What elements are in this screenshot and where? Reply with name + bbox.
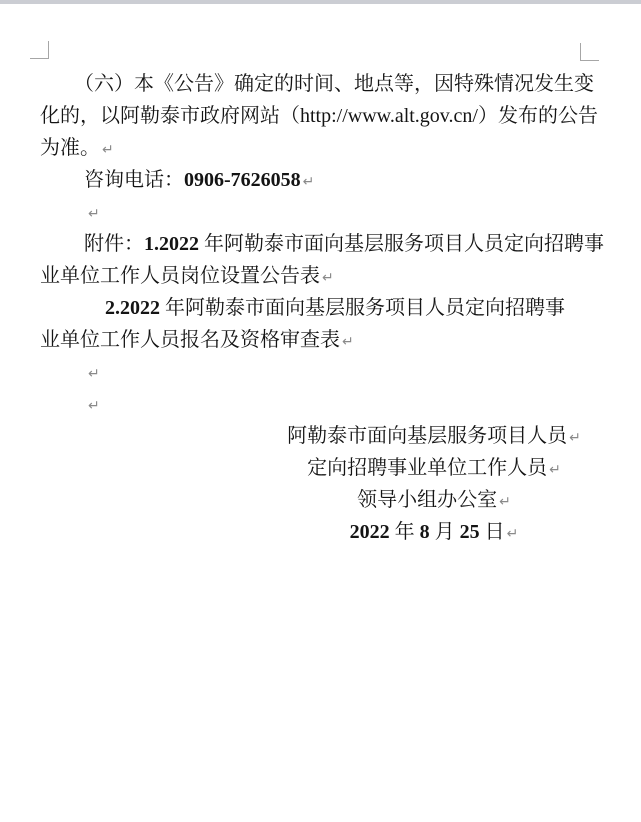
paragraph-mark-icon: ↵ [88, 398, 100, 414]
empty-line: ↵ [86, 356, 100, 390]
text-segment: 2022 [350, 521, 390, 543]
document-line: （六）本《公告》确定的时间、地点等，因特殊情况发生变 [40, 68, 594, 100]
paragraph-mark-icon: ↵ [88, 206, 100, 222]
text-segment: 1.2022 [144, 233, 199, 255]
text-segment: 领导小组办公室 [357, 489, 497, 511]
paragraph-mark-icon: ↵ [342, 334, 354, 350]
text-segment: 定向招聘事业单位工作人员 [307, 457, 547, 479]
document-line: 领导小组办公室↵ [284, 484, 584, 518]
paragraph-mark-icon: ↵ [102, 142, 114, 158]
paragraph-mark-icon: ↵ [569, 430, 581, 446]
paragraph-mark-icon: ↵ [549, 462, 561, 478]
text-segment: 为准。 [40, 137, 100, 159]
text-segment: （六）本《公告》确定的时间、地点等，因特殊情况发生变 [74, 73, 594, 95]
text-segment: 8 [420, 521, 430, 543]
paragraph-mark-icon: ↵ [322, 270, 334, 286]
text-segment: http://www.alt.gov.cn/ [300, 105, 478, 127]
document-line: 定向招聘事业单位工作人员↵ [284, 452, 584, 486]
document-line: 2022 年 8 月 25 日↵ [284, 516, 584, 550]
text-segment: ）发布的公告 [478, 105, 598, 127]
paragraph-mark-icon: ↵ [303, 174, 315, 190]
text-segment: 阿勒泰市面向基层服务项目人员 [287, 425, 567, 447]
text-segment: 业单位工作人员报名及资格审查表 [40, 329, 340, 351]
text-segment: 化的，以阿勒泰市政府网站（ [40, 105, 300, 127]
margin-crop-mark-top-left-icon [30, 41, 49, 59]
text-segment: 年 [390, 521, 420, 543]
margin-crop-mark-top-right-icon [580, 43, 599, 61]
text-segment: 业单位工作人员岗位设置公告表 [40, 265, 320, 287]
document-line: 咨询电话：0906-7626058↵ [40, 164, 314, 198]
document-line: 业单位工作人员岗位设置公告表↵ [40, 260, 334, 294]
empty-line: ↵ [86, 388, 100, 422]
document-line: 业单位工作人员报名及资格审查表↵ [40, 324, 354, 358]
text-segment: 年阿勒泰市面向基层服务项目人员定向招聘事 [160, 297, 565, 319]
document-line: 为准。↵ [40, 132, 114, 166]
text-segment: 年阿勒泰市面向基层服务项目人员定向招聘事 [199, 233, 604, 255]
text-segment: 2.2022 [105, 297, 160, 319]
paragraph-mark-icon: ↵ [507, 526, 519, 542]
document-page: （六）本《公告》确定的时间、地点等，因特殊情况发生变化的，以阿勒泰市政府网站（h… [0, 0, 641, 822]
paragraph-mark-icon: ↵ [88, 366, 100, 382]
text-segment: 附件： [84, 233, 144, 255]
empty-line: ↵ [86, 196, 100, 230]
paragraph-mark-icon: ↵ [499, 494, 511, 510]
text-segment: 日 [480, 521, 505, 543]
text-segment: 咨询电话： [84, 169, 184, 191]
text-segment: 25 [460, 521, 480, 543]
text-segment: 0906-7626058 [184, 169, 301, 191]
document-line: 阿勒泰市面向基层服务项目人员↵ [284, 420, 584, 454]
document-line: 附件：1.2022 年阿勒泰市面向基层服务项目人员定向招聘事 [40, 228, 604, 260]
text-segment: 月 [430, 521, 460, 543]
document-line: 2.2022 年阿勒泰市面向基层服务项目人员定向招聘事 [105, 292, 565, 324]
document-line: 化的，以阿勒泰市政府网站（http://www.alt.gov.cn/）发布的公… [40, 100, 598, 132]
